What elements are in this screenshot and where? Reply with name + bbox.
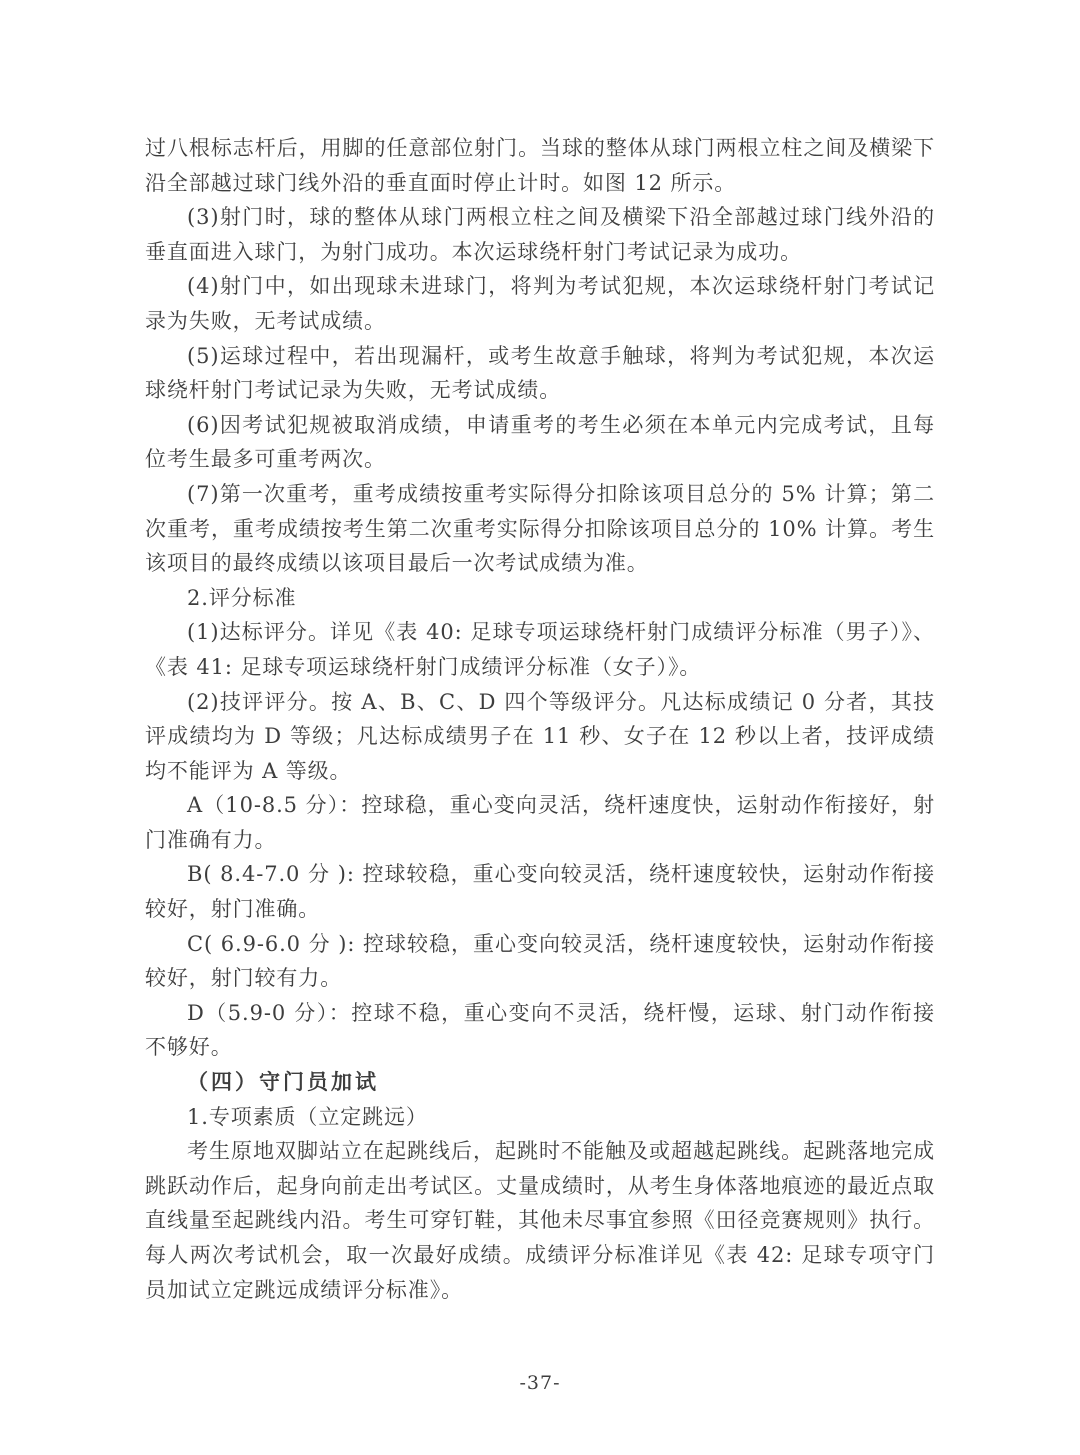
paragraph: (1)达标评分。详见《表 40: 足球专项运球绕杆射门成绩评分标准（男子）》、《… xyxy=(145,615,935,684)
paragraph: (2)技评评分。按 A、B、C、D 四个等级评分。凡达标成绩记 0 分者，其技评… xyxy=(145,685,935,789)
paragraph: (6)因考试犯规被取消成绩，申请重考的考生必须在本单元内完成考试，且每位考生最多… xyxy=(145,408,935,477)
paragraph: 2.评分标准 xyxy=(145,581,935,616)
page-body: 过八根标志杆后，用脚的任意部位射门。当球的整体从球门两根立柱之间及横梁下沿全部越… xyxy=(145,131,935,1307)
paragraph: (5)运球过程中，若出现漏杆，或考生故意手触球，将判为考试犯规，本次运球绕杆射门… xyxy=(145,339,935,408)
section-heading: （四）守门员加试 xyxy=(145,1065,935,1100)
paragraph: 考生原地双脚站立在起跳线后，起跳时不能触及或超越起跳线。起跳落地完成跳跃动作后，… xyxy=(145,1134,935,1307)
paragraph: 1.专项素质（立定跳远） xyxy=(145,1100,935,1135)
paragraph: B( 8.4-7.0 分 ): 控球较稳，重心变向较灵活，绕杆速度较快，运射动作… xyxy=(145,857,935,926)
paragraph: 过八根标志杆后，用脚的任意部位射门。当球的整体从球门两根立柱之间及横梁下沿全部越… xyxy=(145,131,935,200)
document-page: 过八根标志杆后，用脚的任意部位射门。当球的整体从球门两根立柱之间及横梁下沿全部越… xyxy=(0,0,1080,1455)
paragraph: (7)第一次重考，重考成绩按重考实际得分扣除该项目总分的 5% 计算；第二次重考… xyxy=(145,477,935,581)
paragraph: (3)射门时，球的整体从球门两根立柱之间及横梁下沿全部越过球门线外沿的垂直面进入… xyxy=(145,200,935,269)
paragraph: A（10-8.5 分）：控球稳，重心变向灵活，绕杆速度快，运射动作衔接好，射门准… xyxy=(145,788,935,857)
paragraph: D（5.9-0 分）：控球不稳，重心变向不灵活，绕杆慢，运球、射门动作衔接不够好… xyxy=(145,996,935,1065)
paragraph: (4)射门中，如出现球未进球门，将判为考试犯规，本次运球绕杆射门考试记录为失败，… xyxy=(145,269,935,338)
paragraph: C( 6.9-6.0 分 ): 控球较稳，重心变向较灵活，绕杆速度较快，运射动作… xyxy=(145,927,935,996)
page-number: -37- xyxy=(0,1372,1080,1394)
